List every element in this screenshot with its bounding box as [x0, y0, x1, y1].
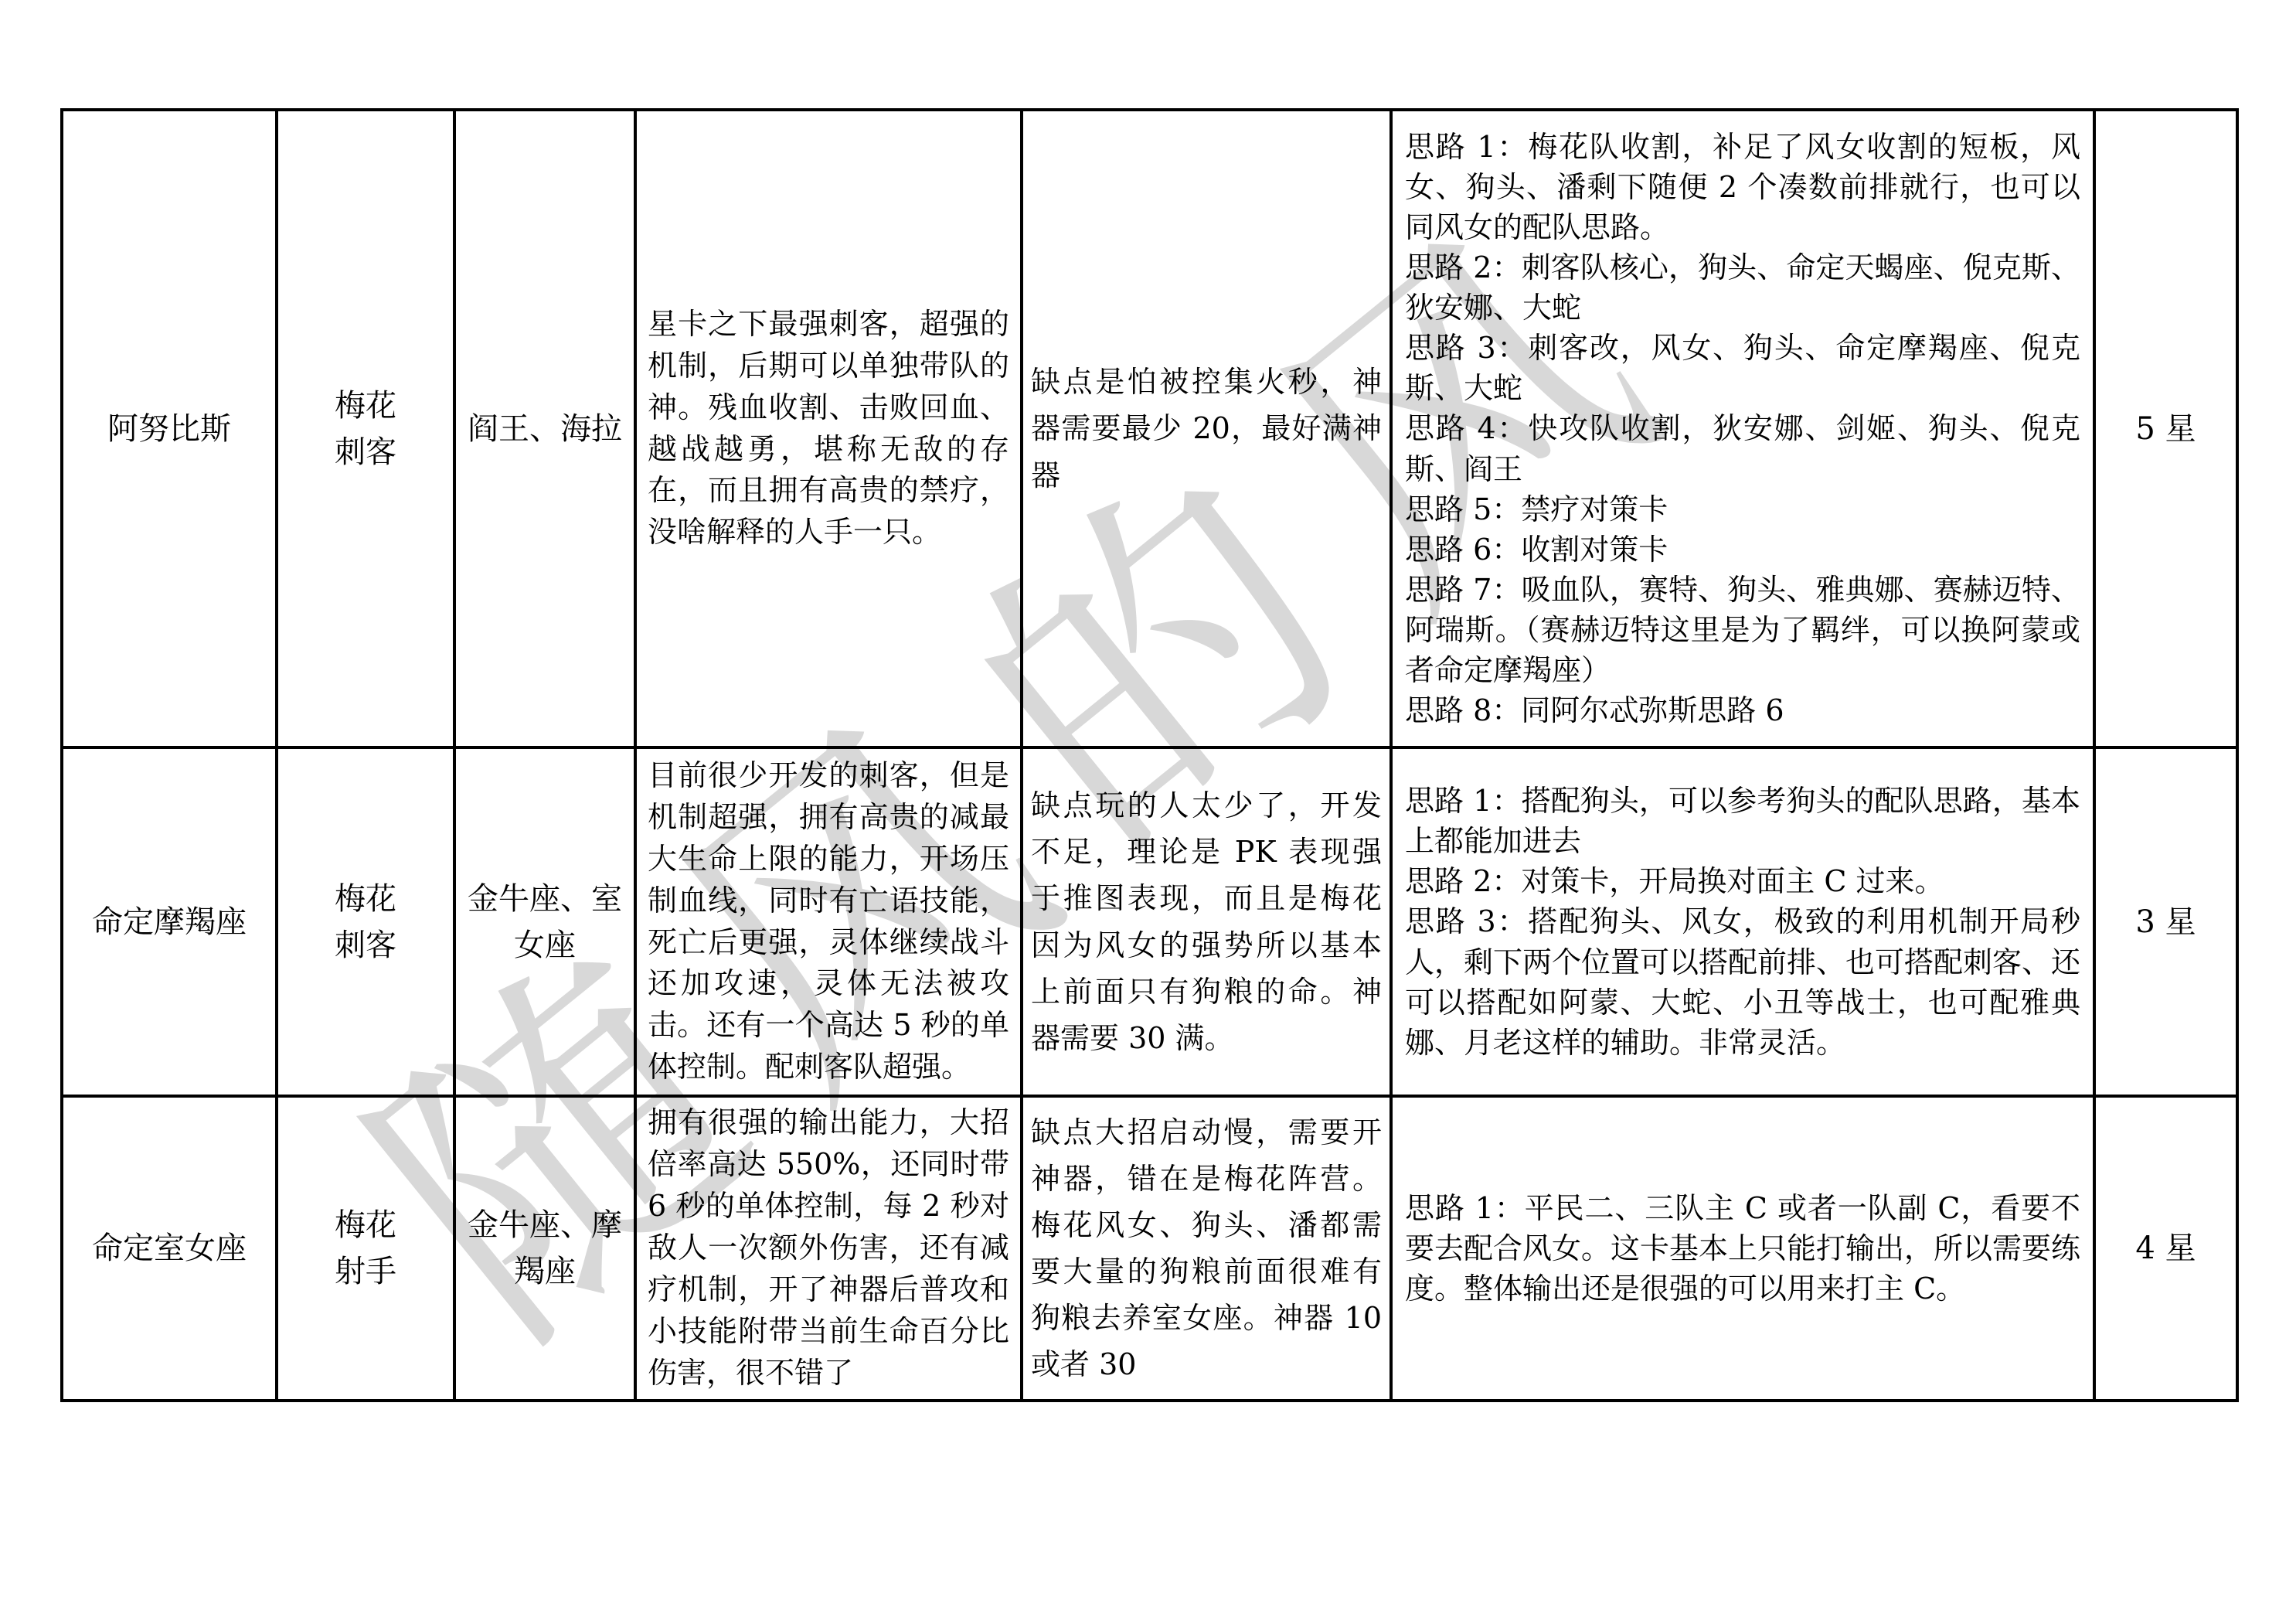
hero-strategies: 思路 1：梅花队收割，补足了风女收割的短板，风女、狗头、潘剩下随便 2 个凑数前… [1391, 110, 2094, 747]
hero-rating: 4 星 [2094, 1096, 2237, 1401]
hero-faction: 梅花 刺客 [277, 110, 454, 747]
document-page: 随风的风 阿努比斯 梅花 刺客 阎王、海拉 星卡之下最强刺客，超强的机制，后期可… [0, 0, 2296, 1624]
hero-description: 星卡之下最强刺客，超强的机制，后期可以单独带队的神。残血收割、击败回血、越战越勇… [635, 110, 1022, 747]
table-row: 命定室女座 梅花 射手 金牛座、摩羯座 拥有很强的输出能力，大招倍率高达 550… [62, 1096, 2237, 1401]
hero-strategies: 思路 1：平民二、三队主 C 或者一队副 C，看要不要去配合风女。这卡基本上只能… [1391, 1096, 2094, 1401]
hero-weakness: 缺点玩的人太少了，开发不足，理论是 PK 表现强于推图表现，而且是梅花因为风女的… [1022, 747, 1391, 1096]
table-row: 命定摩羯座 梅花 刺客 金牛座、室女座 目前很少开发的刺客，但是机制超强，拥有高… [62, 747, 2237, 1096]
hero-name: 阿努比斯 [62, 110, 277, 747]
hero-bonds: 阎王、海拉 [454, 110, 635, 747]
hero-strategies: 思路 1：搭配狗头，可以参考狗头的配队思路，基本上都能加进去 思路 2：对策卡，… [1391, 747, 2094, 1096]
table-row: 阿努比斯 梅花 刺客 阎王、海拉 星卡之下最强刺客，超强的机制，后期可以单独带队… [62, 110, 2237, 747]
hero-rating: 5 星 [2094, 110, 2237, 747]
hero-name: 命定摩羯座 [62, 747, 277, 1096]
hero-weakness: 缺点是怕被控集火秒，神器需要最少 20，最好满神器 [1022, 110, 1391, 747]
hero-faction: 梅花 射手 [277, 1096, 454, 1401]
hero-weakness: 缺点大招启动慢，需要开神器，错在是梅花阵营。梅花风女、狗头、潘都需要大量的狗粮前… [1022, 1096, 1391, 1401]
hero-faction: 梅花 刺客 [277, 747, 454, 1096]
hero-bonds: 金牛座、室女座 [454, 747, 635, 1096]
hero-rating: 3 星 [2094, 747, 2237, 1096]
hero-tier-table: 阿努比斯 梅花 刺客 阎王、海拉 星卡之下最强刺客，超强的机制，后期可以单独带队… [60, 108, 2239, 1402]
hero-description: 目前很少开发的刺客，但是机制超强，拥有高贵的减最大生命上限的能力，开场压制血线，… [635, 747, 1022, 1096]
hero-description: 拥有很强的输出能力，大招倍率高达 550%，还同时带 6 秒的单体控制，每 2 … [635, 1096, 1022, 1401]
hero-bonds: 金牛座、摩羯座 [454, 1096, 635, 1401]
hero-name: 命定室女座 [62, 1096, 277, 1401]
